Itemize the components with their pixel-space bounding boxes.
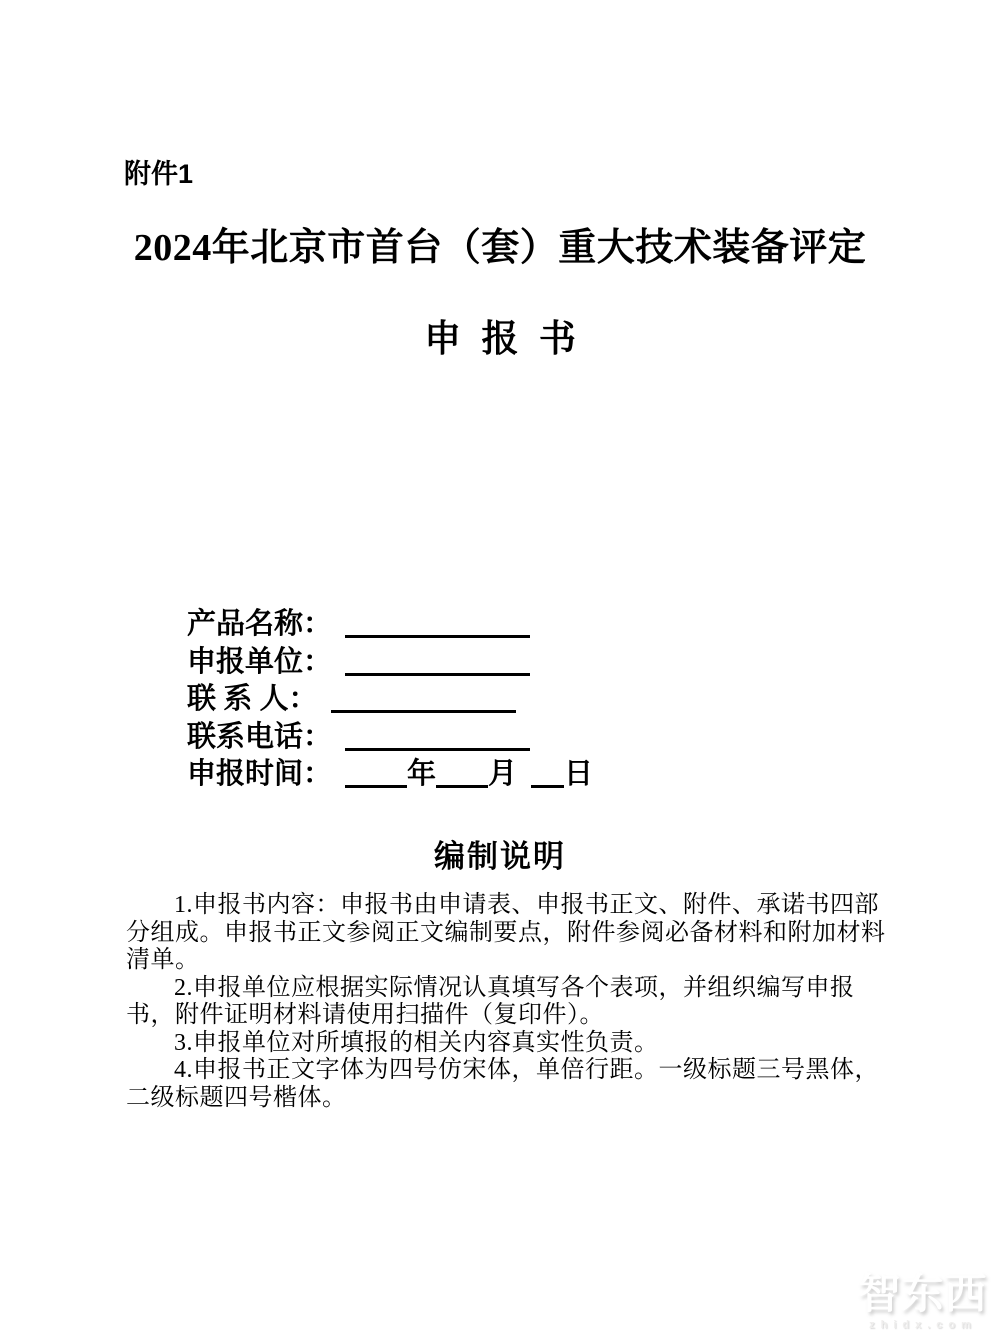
instruction-line: 清单。 (126, 947, 886, 975)
instruction-line: 书，附件证明材料请使用扫描件（复印件）。 (126, 1002, 886, 1030)
date-month-unit: 月 (488, 758, 517, 790)
section-heading: 编制说明 (0, 831, 1000, 876)
application-form: 产品名称： 申报单位： 联 系 人： 联系电话： 申报时间：年月日 (187, 606, 593, 794)
document-page: 附件1 2024年北京市首台（套）重大技术装备评定 申报书 产品名称： 申报单位… (0, 0, 1000, 1339)
date-year-blank-line (345, 785, 407, 788)
watermark-domain-text: zhidx.com (848, 1319, 998, 1331)
document-subtitle: 申报书 (0, 308, 1000, 362)
date-month-blank-line (436, 785, 488, 788)
product-name-label: 产品名称： (187, 608, 332, 640)
instruction-line: 2.申报单位应根据实际情况认真填写各个表项，并组织编写申报 (126, 975, 886, 1003)
instruction-line: 分组成。申报书正文参阅正文编制要点，附件参阅必备材料和附加材料 (126, 920, 886, 948)
watermark-logo: 智东西 zhidx.com (848, 1271, 998, 1331)
contact-phone-label: 联系电话： (187, 721, 332, 753)
instruction-line: 二级标题四号楷体。 (126, 1085, 886, 1113)
instruction-line: 4.申报书正文字体为四号仿宋体，单倍行距。一级标题三号黑体， (126, 1057, 886, 1085)
attachment-label: 附件1 (124, 158, 193, 190)
watermark-brand-text: 智东西 (848, 1271, 998, 1317)
application-date-label: 申报时间： (187, 758, 332, 790)
applicant-unit-blank-line (345, 673, 530, 676)
product-name-blank-line (345, 635, 530, 638)
contact-phone-blank-line (345, 748, 530, 751)
instruction-line: 1.申报书内容：申报书由申请表、申报书正文、附件、承诺书四部 (126, 892, 886, 920)
form-row-product-name: 产品名称： (187, 606, 593, 644)
instructions-text: 1.申报书内容：申报书由申请表、申报书正文、附件、承诺书四部 分组成。申报书正文… (126, 892, 886, 1112)
date-day-blank-line (531, 785, 564, 788)
form-row-application-date: 申报时间：年月日 (187, 756, 593, 794)
contact-person-label: 联 系 人： (187, 683, 318, 715)
form-row-contact-person: 联 系 人： (187, 681, 593, 719)
instruction-line: 3.申报单位对所填报的相关内容真实性负责。 (126, 1030, 886, 1058)
contact-person-blank-line (331, 710, 516, 713)
document-title: 2024年北京市首台（套）重大技术装备评定 (0, 216, 1000, 271)
date-day-unit: 日 (564, 758, 593, 790)
applicant-unit-label: 申报单位： (187, 646, 332, 678)
form-row-applicant-unit: 申报单位： (187, 644, 593, 682)
form-row-contact-phone: 联系电话： (187, 719, 593, 757)
date-year-unit: 年 (407, 758, 436, 790)
